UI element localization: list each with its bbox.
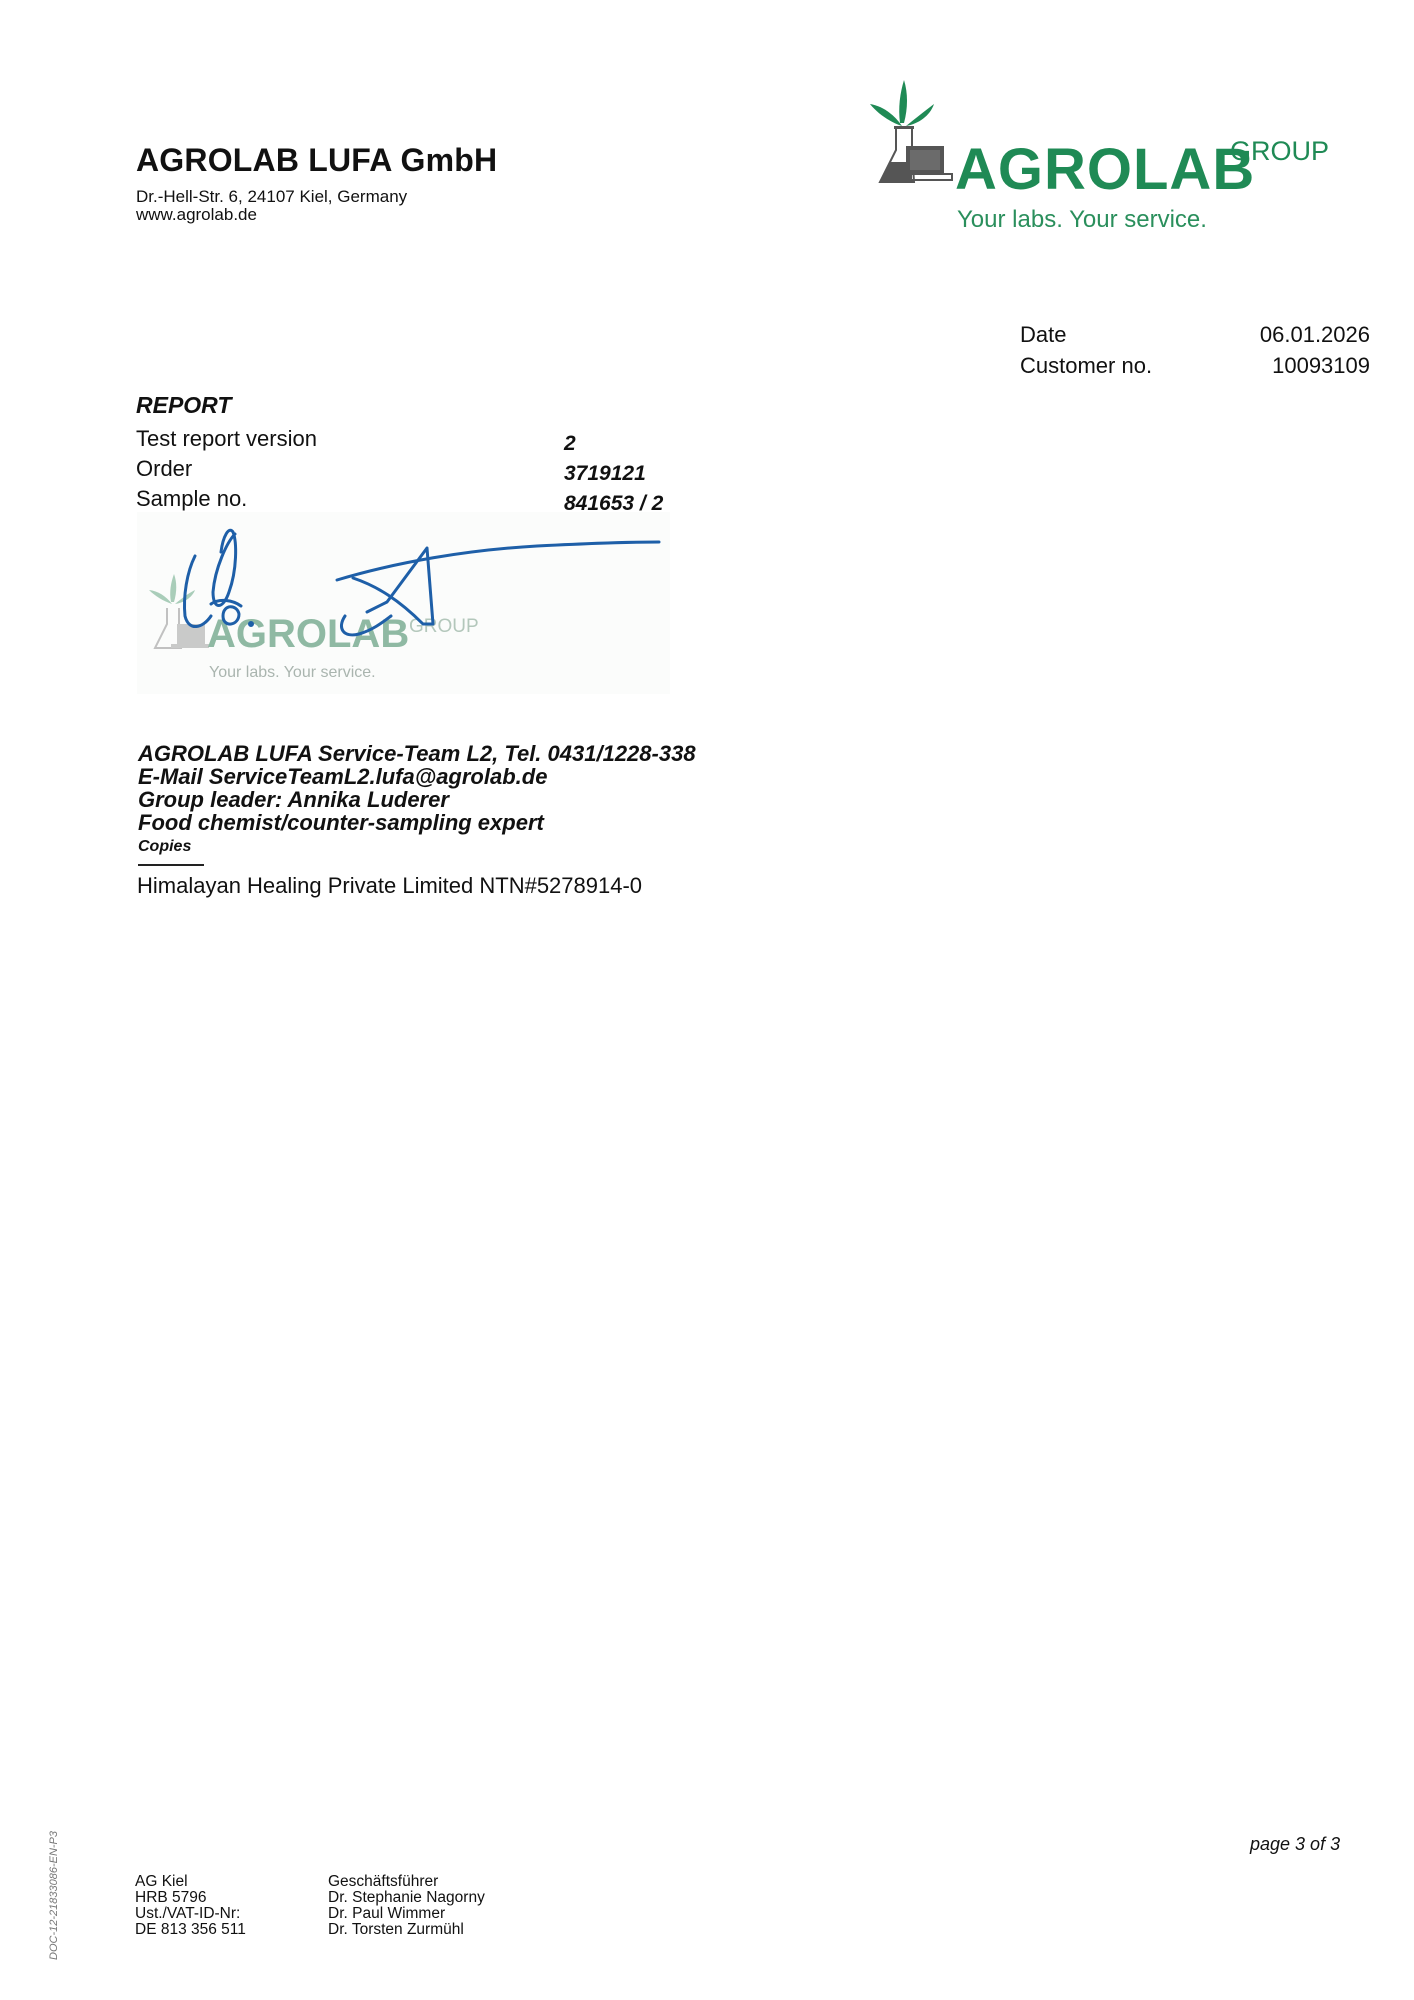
footer-hrb: HRB 5796: [135, 1890, 246, 1906]
footer-court: AG Kiel: [135, 1874, 246, 1890]
service-email-line: E-Mail ServiceTeamL2.lufa@agrolab.de: [138, 765, 696, 788]
address-line: Dr.-Hell-Str. 6, 24107 Kiel, Germany: [136, 188, 407, 206]
customer-row: Customer no. 10093109: [1020, 353, 1370, 384]
logo-wordmark: AGROLAB: [955, 136, 1255, 203]
copy-recipient: Himalayan Healing Private Limited NTN#52…: [137, 873, 642, 899]
service-team-contact: AGROLAB LUFA Service-Team L2, Tel. 0431/…: [138, 742, 696, 834]
logo-tagline: Your labs. Your service.: [957, 206, 1207, 234]
document-id: DOC-12-21833086-EN-P3: [48, 1831, 60, 1960]
copies-label: Copies: [138, 838, 191, 856]
service-team-line: AGROLAB LUFA Service-Team L2, Tel. 0431/…: [138, 742, 696, 765]
footer-vat-number: DE 813 356 511: [135, 1922, 246, 1938]
footer-registration: AG Kiel HRB 5796 Ust./VAT-ID-Nr: DE 813 …: [135, 1874, 246, 1938]
flask-laptop-sprout-icon: [860, 78, 955, 198]
customer-label: Customer no.: [1020, 353, 1152, 384]
report-meta: Date 06.01.2026 Customer no. 10093109: [1020, 322, 1370, 384]
order-label: Order: [136, 456, 564, 482]
agrolab-logo: AGROLAB GROUP Your labs. Your service.: [860, 78, 1350, 248]
report-title: REPORT: [136, 392, 231, 419]
website-link: www.agrolab.de: [136, 206, 407, 224]
page-number: page 3 of 3: [1250, 1834, 1340, 1855]
report-row-version: Test report version 2: [136, 422, 696, 452]
company-address: Dr.-Hell-Str. 6, 24107 Kiel, Germany www…: [136, 188, 407, 224]
customer-value: 10093109: [1272, 353, 1370, 384]
version-label: Test report version: [136, 426, 564, 452]
footer-management: Geschäftsführer Dr. Stephanie Nagorny Dr…: [328, 1874, 485, 1938]
role-line: Food chemist/counter-sampling expert: [138, 811, 696, 834]
company-name: AGROLAB LUFA GmbH: [136, 142, 497, 179]
date-value: 06.01.2026: [1260, 322, 1370, 353]
footer-vat-label: Ust./VAT-ID-Nr:: [135, 1906, 246, 1922]
handwritten-signature: [137, 512, 670, 694]
signature-stamp: AGROLAB GROUP Your labs. Your service.: [137, 512, 670, 694]
order-value: 3719121: [564, 462, 646, 486]
footer-manager: Dr. Paul Wimmer: [328, 1906, 485, 1922]
report-row-sample: Sample no. 841653 / 2: [136, 482, 696, 512]
date-label: Date: [1020, 322, 1066, 353]
footer-manager: Dr. Torsten Zurmühl: [328, 1922, 485, 1938]
logo-group-label: GROUP: [1230, 136, 1329, 167]
version-value: 2: [564, 432, 576, 456]
footer-management-title: Geschäftsführer: [328, 1874, 485, 1890]
report-details: Test report version 2 Order 3719121 Samp…: [136, 422, 696, 512]
group-leader-line: Group leader: Annika Luderer: [138, 788, 696, 811]
copies-underline: [138, 864, 204, 866]
report-row-order: Order 3719121: [136, 452, 696, 482]
footer-manager: Dr. Stephanie Nagorny: [328, 1890, 485, 1906]
sample-label: Sample no.: [136, 486, 564, 512]
date-row: Date 06.01.2026: [1020, 322, 1370, 353]
